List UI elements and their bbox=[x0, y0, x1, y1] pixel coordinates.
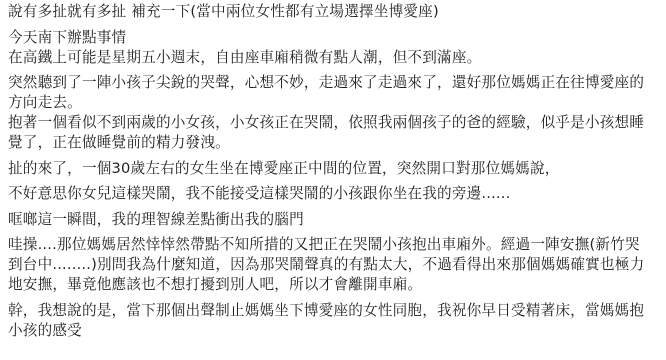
text-line: 不好意思你女兒這樣哭鬧，我不能接受這樣哭鬧的小孩跟你坐在我的旁邊...... bbox=[8, 184, 658, 204]
paragraph-mother-leaves: 哇操....那位媽媽居然悻悻然帶點不知所措的又把正在哭鬧小孩抱出車廂外。經過一陣… bbox=[8, 235, 658, 295]
text-line: 扯的來了，一個30歲左右的女生坐在博愛座正中間的位置，突然開口對那位媽媽說， bbox=[8, 159, 658, 179]
paragraph-intro: 說有多扯就有多扯 補充一下(當中兩位女性都有立場選擇坐博愛座) bbox=[8, 2, 658, 22]
text-line: 幹，我想說的是，當下那個出聲制止媽媽坐下博愛座的女性同胞，我祝你早日受精著床，當… bbox=[8, 301, 658, 321]
paragraph-woman-speaks: 扯的來了，一個30歲左右的女生坐在博愛座正中間的位置，突然開口對那位媽媽說， bbox=[8, 159, 658, 179]
paragraph-reaction: 哐啷這一瞬間，我的理智線差點衝出我的腦門 bbox=[8, 210, 658, 230]
text-line: 到台中........)別問我為什麼知道，因為那哭鬧聲真的有點太大，不過看得出來… bbox=[8, 255, 658, 275]
text-line: 在高鐵上可能是星期五小週末，自由座車廂稍微有點人潮，但不到滿座。 bbox=[8, 48, 658, 68]
post-body: 說有多扯就有多扯 補充一下(當中兩位女性都有立場選擇坐博愛座) 今天南下辦點事情… bbox=[0, 0, 666, 341]
text-line: 突然聽到了一陣小孩子尖銳的哭聲，心想不妙，走過來了走過來了，還好那位媽媽正在往博… bbox=[8, 73, 658, 93]
text-line: 方向走去。 bbox=[8, 93, 658, 113]
paragraph-quote: 不好意思你女兒這樣哭鬧，我不能接受這樣哭鬧的小孩跟你坐在我的旁邊...... bbox=[8, 184, 658, 204]
text-line: 抱著一個看似不到兩歲的小女孩，小女孩正在哭鬧，依照我兩個孩子的爸的經驗，似乎是小… bbox=[8, 113, 658, 133]
text-line: 說有多扯就有多扯 補充一下(當中兩位女性都有立場選擇坐博愛座) bbox=[8, 2, 658, 22]
text-line: 覺了，正在做睡覺前的精力發洩。 bbox=[8, 133, 658, 153]
paragraph-setting: 今天南下辦點事情 在高鐵上可能是星期五小週末，自由座車廂稍微有點人潮，但不到滿座… bbox=[8, 28, 658, 68]
paragraph-crying-child: 突然聽到了一陣小孩子尖銳的哭聲，心想不妙，走過來了走過來了，還好那位媽媽正在往博… bbox=[8, 73, 658, 153]
paragraph-conclusion: 幹，我想說的是，當下那個出聲制止媽媽坐下博愛座的女性同胞，我祝你早日受精著床，當… bbox=[8, 301, 658, 341]
text-line: 哇操....那位媽媽居然悻悻然帶點不知所措的又把正在哭鬧小孩抱出車廂外。經過一陣… bbox=[8, 235, 658, 255]
text-line: 哐啷這一瞬間，我的理智線差點衝出我的腦門 bbox=[8, 210, 658, 230]
text-line: 地安撫，畢竟他應該也不想打擾到別人吧，所以才會離開車廂。 bbox=[8, 275, 658, 295]
text-line: 小孩的感受 bbox=[8, 321, 658, 341]
text-line: 今天南下辦點事情 bbox=[8, 28, 658, 48]
